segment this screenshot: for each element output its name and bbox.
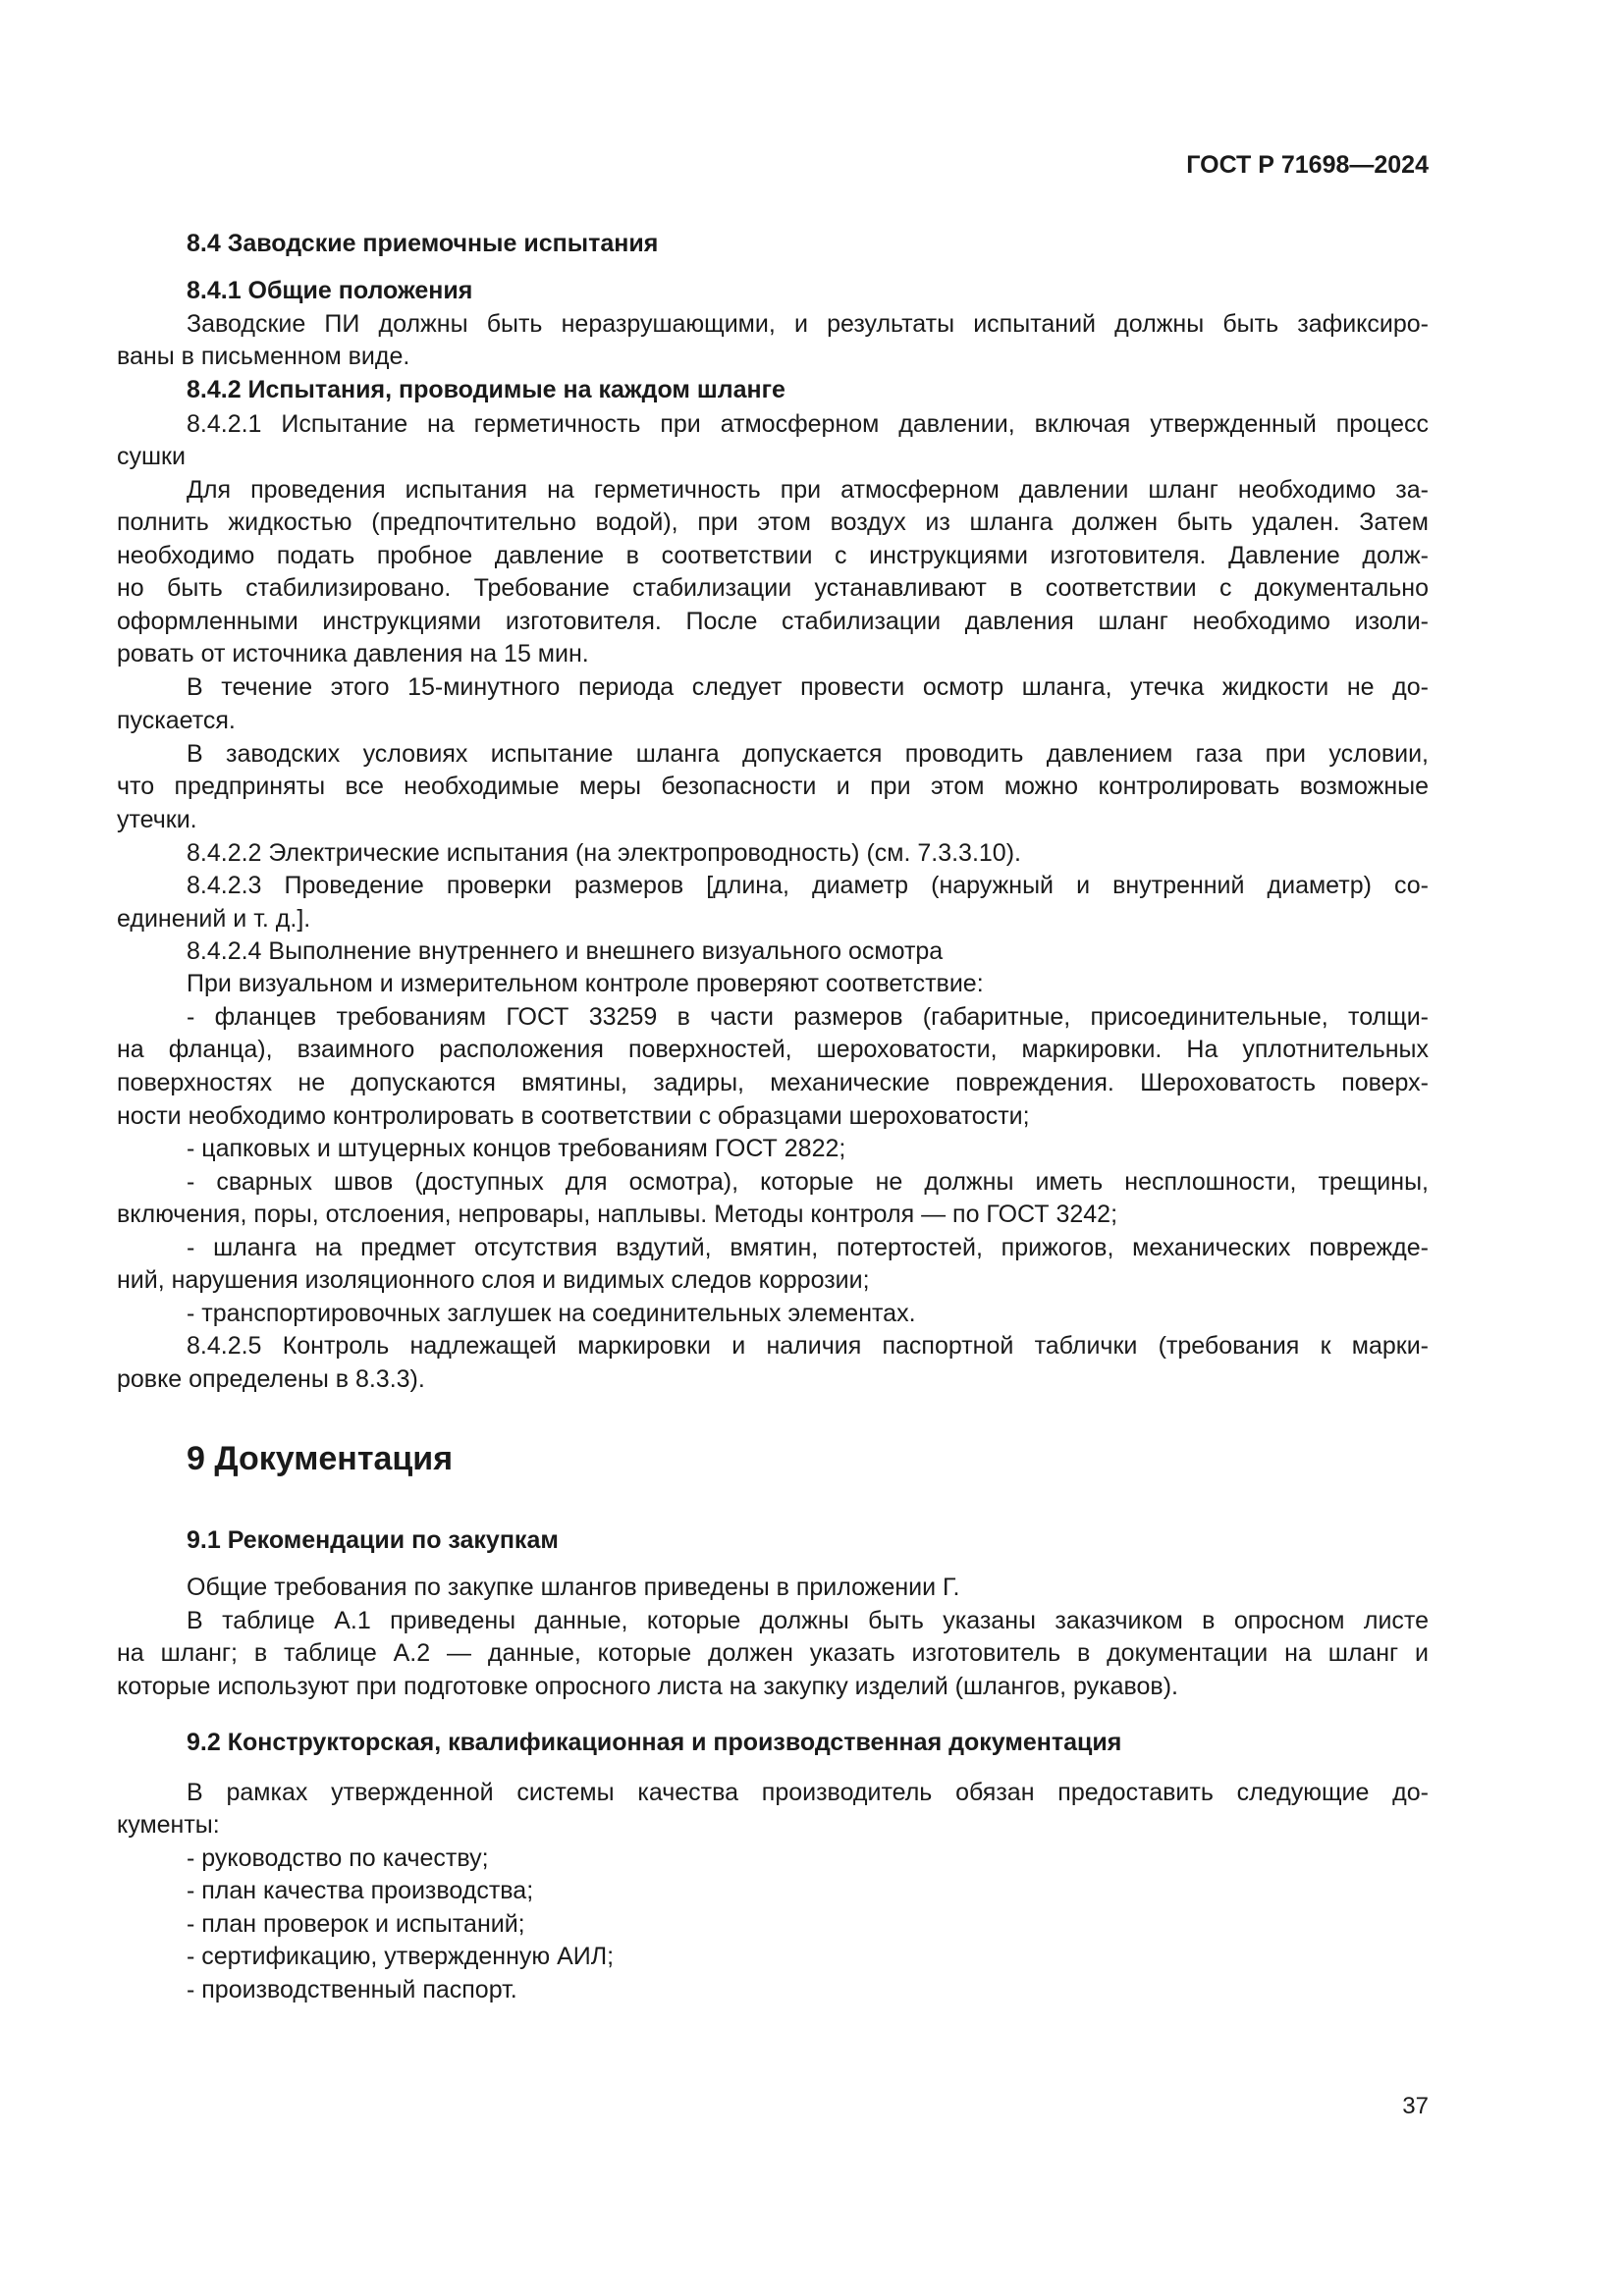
page-number: 37 bbox=[1402, 2090, 1429, 2123]
text-line: оформленными инструкциями изготовителя. … bbox=[117, 605, 1429, 638]
text-line: - транспортировочных заглушек на соедини… bbox=[187, 1297, 916, 1330]
text-line: В заводских условиях испытание шланга до… bbox=[187, 737, 1429, 771]
text-line: единений и т. д.]. bbox=[117, 902, 310, 935]
text-line: - производственный паспорт. bbox=[187, 1973, 517, 2006]
section-heading: 8.4.1 Общие положения bbox=[187, 274, 472, 307]
text-line: - цапковых и штуцерных концов требования… bbox=[187, 1132, 845, 1165]
text-line: сушки bbox=[117, 440, 186, 473]
text-line: ности необходимо контролировать в соотве… bbox=[117, 1099, 1030, 1133]
text-line: - руководство по качеству; bbox=[187, 1842, 489, 1875]
text-line: При визуальном и измерительном контроле … bbox=[187, 967, 984, 1000]
text-line: - сертификацию, утвержденную АИЛ; bbox=[187, 1940, 614, 1973]
document-code-header: ГОСТ Р 71698—2024 bbox=[1186, 148, 1429, 182]
text-line: ровке определены в 8.3.3). bbox=[117, 1362, 425, 1396]
text-line: ваны в письменном виде. bbox=[117, 340, 409, 373]
text-line: на фланца), взаимного расположения повер… bbox=[117, 1033, 1429, 1066]
text-line: полнить жидкостью (предпочтительно водой… bbox=[117, 506, 1429, 539]
text-line: - сварных швов (доступных для осмотра), … bbox=[187, 1165, 1429, 1199]
text-line: кументы: bbox=[117, 1808, 220, 1842]
text-line: 8.4.2.1 Испытание на герметичность при а… bbox=[187, 407, 1429, 441]
text-line: Для проведения испытания на герметичност… bbox=[187, 473, 1429, 507]
text-line: необходимо подать пробное давление в соо… bbox=[117, 539, 1429, 572]
text-line: - план проверок и испытаний; bbox=[187, 1907, 525, 1941]
text-line: но быть стабилизировано. Требование стаб… bbox=[117, 571, 1429, 605]
text-line: 8.4.2.5 Контроль надлежащей маркировки и… bbox=[187, 1329, 1429, 1362]
text-line: включения, поры, отслоения, непровары, н… bbox=[117, 1198, 1117, 1231]
text-line: Заводские ПИ должны быть неразрушающими,… bbox=[187, 307, 1429, 341]
text-line: пускается. bbox=[117, 704, 236, 737]
text-line: В таблице А.1 приведены данные, которые … bbox=[187, 1604, 1429, 1637]
text-line: утечки. bbox=[117, 803, 197, 836]
text-line: 8.4.2.3 Проведение проверки размеров [дл… bbox=[187, 869, 1429, 902]
text-line: на шланг; в таблице А.2 — данные, которы… bbox=[117, 1636, 1429, 1670]
text-line: ний, нарушения изоляционного слоя и види… bbox=[117, 1263, 870, 1297]
text-line: что предприняты все необходимые меры без… bbox=[117, 770, 1429, 803]
section-heading: 8.4.2 Испытания, проводимые на каждом шл… bbox=[187, 373, 785, 406]
chapter-heading: 9 Документация bbox=[187, 1437, 453, 1480]
document-page: ГОСТ Р 71698—2024 8.4 Заводские приемочн… bbox=[0, 0, 1624, 2296]
text-line: которые используют при подготовке опросн… bbox=[117, 1670, 1178, 1703]
text-line: 8.4.2.2 Электрические испытания (на элек… bbox=[187, 836, 1021, 870]
section-heading: 9.2 Конструкторская, квалификационная и … bbox=[187, 1726, 1121, 1759]
text-line: - план качества производства; bbox=[187, 1874, 533, 1907]
text-line: - фланцев требованиям ГОСТ 33259 в части… bbox=[187, 1000, 1429, 1034]
text-line: В рамках утвержденной системы качества п… bbox=[187, 1776, 1429, 1809]
text-line: Общие требования по закупке шлангов прив… bbox=[187, 1571, 959, 1604]
text-line: ровать от источника давления на 15 мин. bbox=[117, 637, 589, 670]
section-heading: 9.1 Рекомендации по закупкам bbox=[187, 1523, 559, 1557]
text-line: 8.4.2.4 Выполнение внутреннего и внешнег… bbox=[187, 934, 943, 968]
text-line: поверхностях не допускаются вмятины, зад… bbox=[117, 1066, 1429, 1099]
text-line: - шланга на предмет отсутствия вздутий, … bbox=[187, 1231, 1429, 1264]
section-heading: 8.4 Заводские приемочные испытания bbox=[187, 227, 658, 260]
text-line: В течение этого 15-минутного периода сле… bbox=[187, 670, 1429, 704]
